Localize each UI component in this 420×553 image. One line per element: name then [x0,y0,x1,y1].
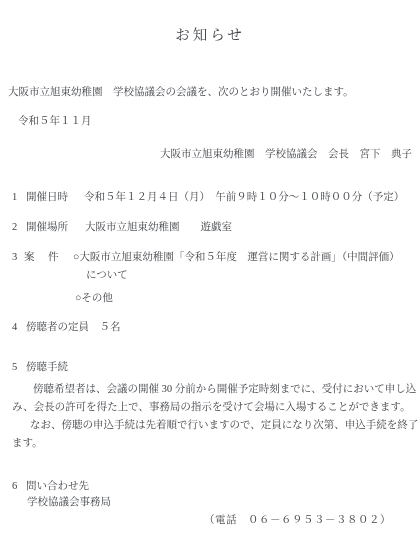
notice-document: お知らせ 大阪市立旭東幼稚園 学校協議会の会議を、次のとおり開催いたします。 令… [0,0,420,553]
item3-agenda1-line1: ○大阪市立旭東幼稚園「令和５年度 運営に関する計画」（中間評価） [73,251,400,265]
item6-label-contact: 問い合わせ先 [26,480,89,494]
item2-number: 2 [12,221,17,235]
item2-label-meeting-place: 開催場所 [26,221,68,235]
item3-agenda1-line2: について [86,269,128,283]
chairman-signature: 大阪市立旭東幼稚園 学校協議会 会長 宮下 典子 [160,148,412,162]
item3-agenda2: ○その他 [75,292,113,306]
item3-label-agenda-a: 案 [24,251,35,265]
item6-number: 6 [12,480,17,494]
item4-observer-capacity: 傍聴者の定員 ５名 [26,321,121,335]
item5-paragraph-line1: 傍聴希望者は、会議の開催 30 分前から開催予定時刻までに、受付において申し込 [33,383,416,397]
item6-contact-office: 学校協議会事務局 [27,496,111,510]
item3-number: 3 [12,251,17,265]
intro-sentence: 大阪市立旭東幼稚園 学校協議会の会議を、次のとおり開催いたします。 [8,86,354,100]
notice-title: お知らせ [0,29,420,43]
item2-value-meeting-place: 大阪市立旭東幼稚園 遊戯室 [85,221,232,235]
item1-value-meeting-datetime: 令和５年１２月４日（月） 午前９時１０分～１０時００分（予定） [84,191,404,205]
issue-date: 令和５年１１月 [18,115,92,129]
item1-label-meeting-datetime: 開催日時 [26,191,68,205]
item1-number: 1 [12,191,17,205]
item5-paragraph-line2: み、会長の許可を得た上で、事務局の指示を受けて会場に入場することができます。 [12,401,411,415]
item5-paragraph-line4: ます。 [12,437,43,451]
item5-label-observation-procedure: 傍聴手続 [26,361,68,375]
item3-label-agenda-b: 件 [48,251,59,265]
item6-contact-phone: （電話 ０６－６９５３－３８０２） [204,514,391,528]
item5-paragraph-line3: なお、傍聴の申込手続は先着順で行いますので、定員になり次第、申込手続を終了し [30,419,420,433]
item5-number: 5 [12,361,17,375]
item4-number: 4 [12,321,17,335]
